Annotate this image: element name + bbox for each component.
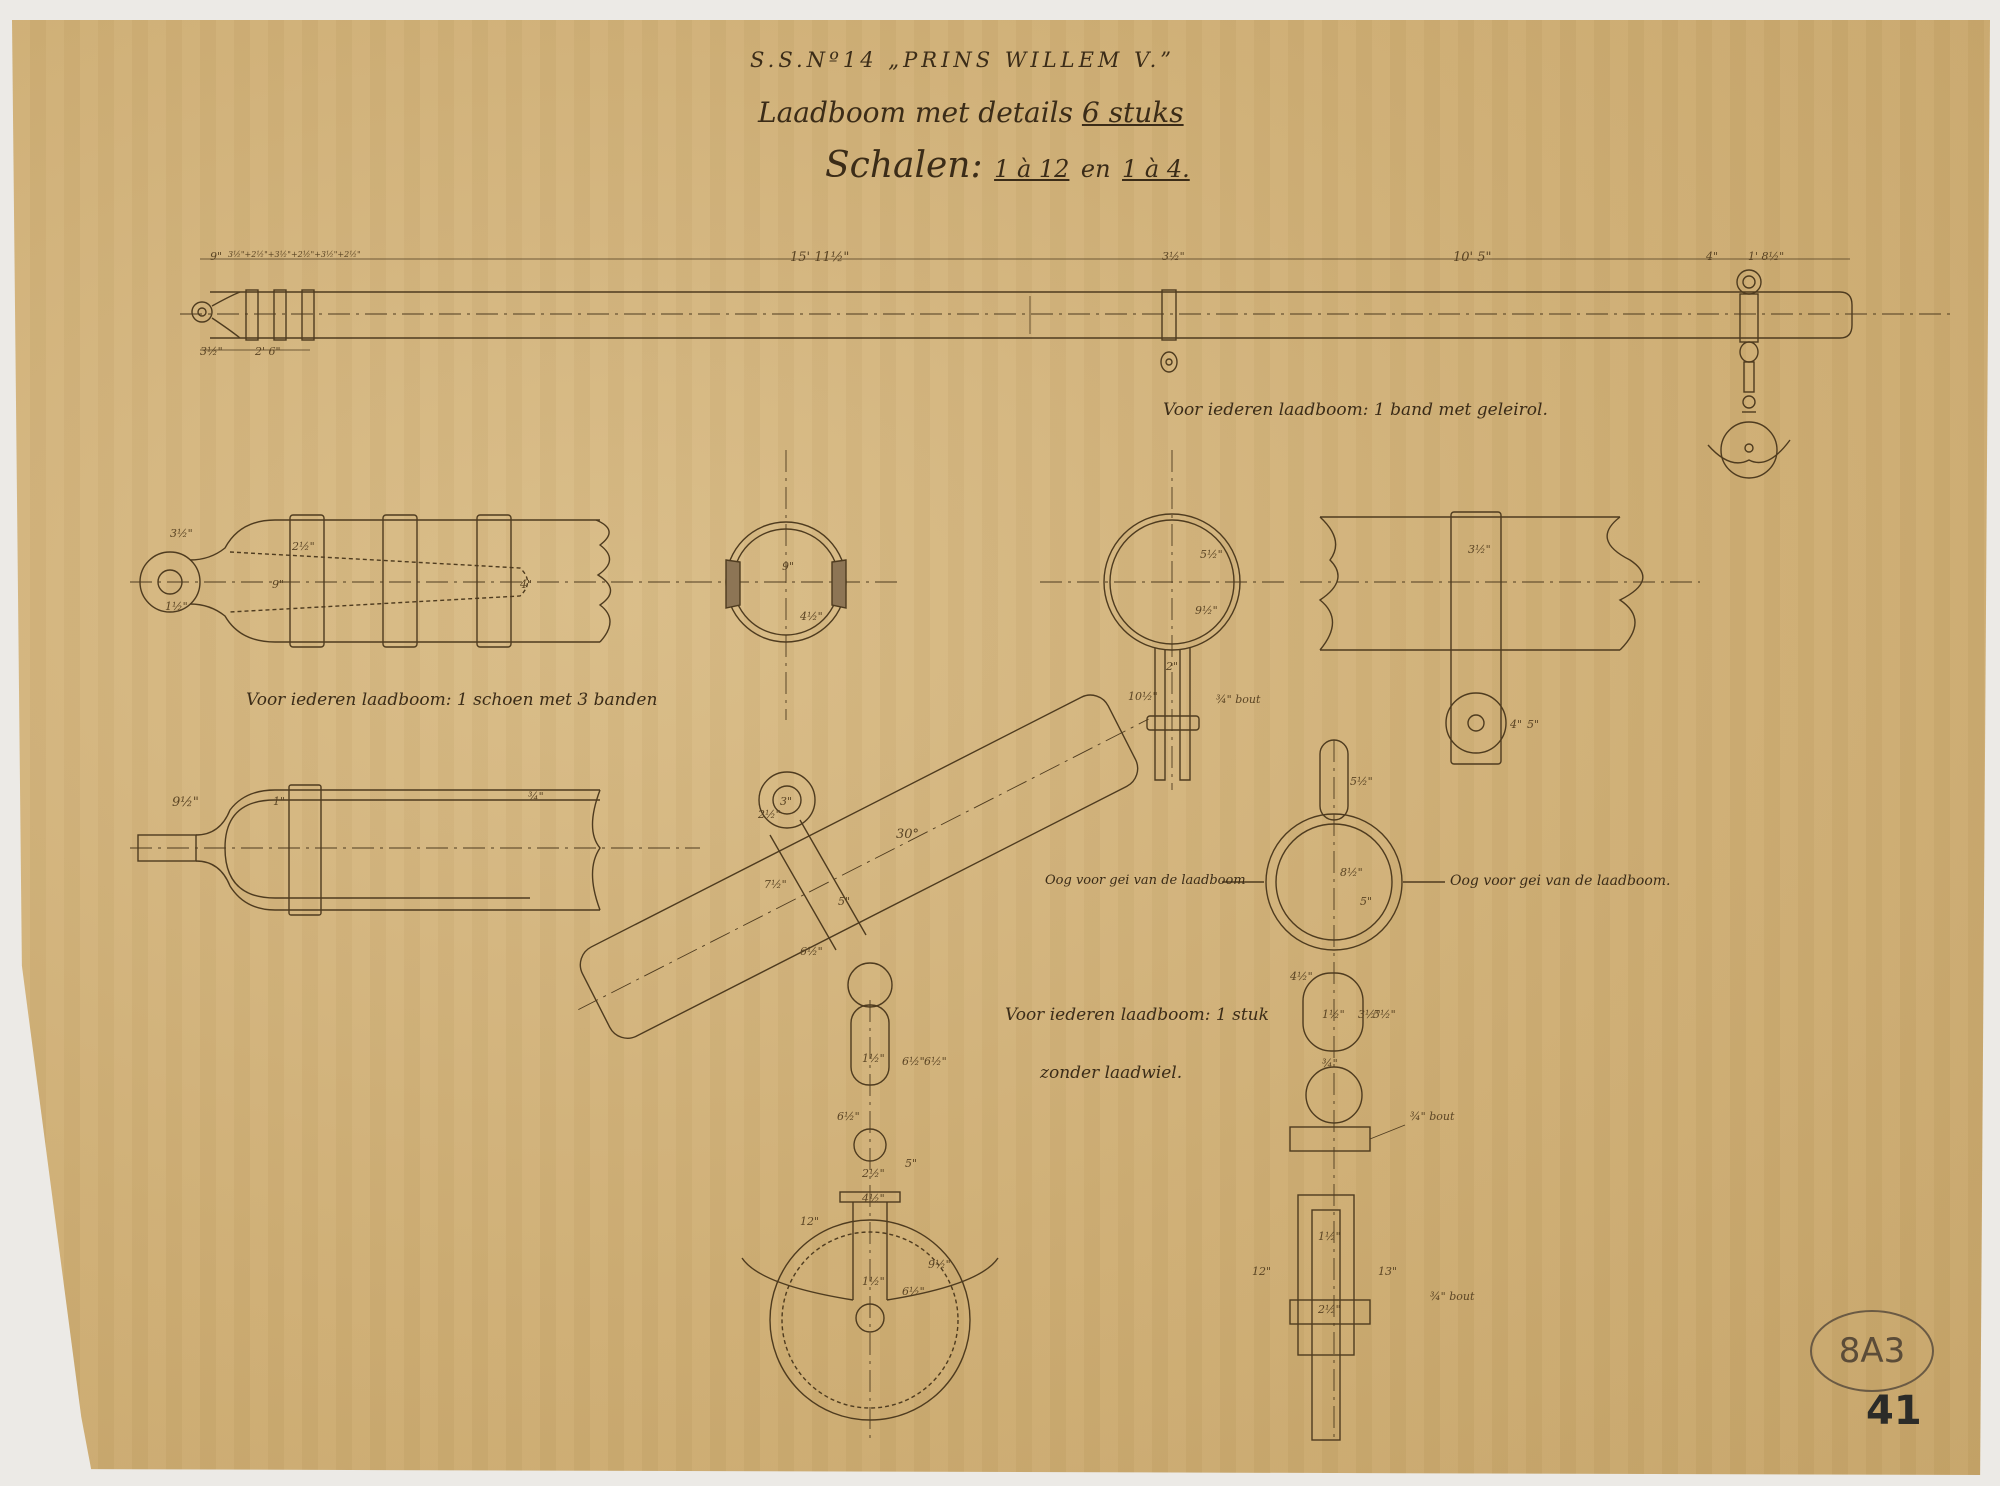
eye-dim-3: 4½" (1290, 970, 1313, 983)
incl-dim-2: 7½" (764, 878, 787, 891)
hook-dim-2: 6½" (924, 1055, 947, 1068)
shoe-detail (130, 515, 700, 647)
band-side (1300, 512, 1700, 764)
technical-drawing (0, 0, 2000, 1486)
ship-title: S.S.Nº14 „PRINS WILLEM V.” (750, 48, 1175, 72)
incl-dim-0: 3" (780, 795, 792, 808)
inclined-detail (556, 675, 1172, 1055)
eye-dim-10: 13" (1378, 1265, 1397, 1278)
hook-note-1: Voor iederen laadboom: 1 stuk (1005, 1005, 1269, 1025)
eye-dim-6: 5½" (1373, 1008, 1396, 1021)
hook-pulley (742, 1000, 998, 1440)
scale-2: 1 à 4. (1122, 155, 1190, 183)
bolt-label-eye-2: ¾" bout (1430, 1290, 1474, 1303)
shoe-dim-3: 4" (520, 578, 532, 591)
hook-dim-4: 5" (905, 1157, 917, 1170)
band-side-dim-2: 5" (1527, 718, 1539, 731)
hook-dim-10: 6½" (902, 1285, 925, 1298)
fork-dim-0: 9½" (172, 795, 199, 810)
band-front-dim-3: 10½" (1128, 690, 1158, 703)
incl-dim-5: 6½" (800, 945, 823, 958)
hook-dim-6: 4½" (862, 1192, 885, 1205)
band-front-dim-2: 2" (1166, 660, 1178, 673)
eye-pulley (1222, 740, 1445, 1440)
shoe-dim-4: 1½" (165, 600, 188, 613)
eye-dim-12: 2½" (1318, 1303, 1341, 1316)
bolt-label-eye-1: ¾" bout (1410, 1110, 1454, 1123)
dim-boom-4: 4" (1706, 250, 1718, 263)
scale-label: Schalen: (825, 145, 983, 186)
incl-dim-4: 5" (838, 895, 850, 908)
eye-dim-0: 5½" (1350, 775, 1373, 788)
dim-boom-1-8: 1' 8½" (1748, 250, 1784, 263)
hook-dim-3: 6½" (837, 1110, 860, 1123)
eye-label-left: Oog voor gei van de laadboom (1045, 873, 1246, 888)
hook-dim-8: 9½" (928, 1258, 951, 1271)
eye-dim-9: 12" (1252, 1265, 1271, 1278)
hook-dim-9: 1½" (862, 1275, 885, 1288)
dim-boom-9: 9" (210, 250, 222, 263)
band-side-dim-0: 3½" (1468, 543, 1491, 556)
hook-dim-5: 2½" (862, 1167, 885, 1180)
dim-boom-bands: 3½"+2½"+3½"+2½"+3½"+2½" (228, 250, 361, 259)
drawing-subject: Laadboom met details 6 stuks (758, 96, 1184, 129)
fork-dim-2: ¾" (528, 790, 544, 803)
scale-line: Schalen: 1 à 12 en 1 à 4. (825, 145, 1190, 186)
band-front-dim-1: 9½" (1195, 604, 1218, 617)
shoe-dim-2: 9" (272, 578, 284, 591)
eye-dim-2: 5" (1360, 895, 1372, 908)
section-circle (690, 450, 900, 720)
hook-dim-7: 12" (800, 1215, 819, 1228)
band-front-dim-0: 5½" (1200, 548, 1223, 561)
section-dim-0: 9" (782, 560, 794, 573)
archive-code-stamp: 8A3 (1810, 1310, 1934, 1392)
incl-dim-1: 2½" (758, 808, 781, 821)
incl-dim-angle: 30° (896, 827, 919, 842)
quantity-text: 6 stuks (1082, 96, 1184, 129)
band-note: Voor iederen laadboom: 1 band met geleir… (1163, 400, 1548, 420)
shoe-dim-1: 2½" (292, 540, 315, 553)
band-front (1040, 450, 1290, 790)
dim-boom-band-width: 3½" (1162, 250, 1185, 263)
scale-1: 1 à 12 (994, 155, 1069, 183)
section-dim-1: 4½" (800, 610, 823, 623)
subject-text: Laadboom met details (758, 96, 1073, 129)
dim-boom-low-2: 2' 6" (255, 345, 281, 358)
sheet-number: 41 (1866, 1388, 1922, 1434)
dim-boom-10-5: 10' 5" (1453, 250, 1492, 265)
band-side-dim-1: 4" (1510, 718, 1522, 731)
eye-dim-1: 8½" (1340, 866, 1363, 879)
shoe-note: Voor iederen laadboom: 1 schoen met 3 ba… (246, 690, 657, 710)
hook-note-2: zonder laadwiel. (1040, 1063, 1182, 1083)
scale-and: en (1081, 155, 1111, 183)
hook-dim-1: 6½" (902, 1055, 925, 1068)
hook-dim-0: 1½" (862, 1052, 885, 1065)
bolt-label-band: ¾" bout (1216, 693, 1260, 706)
dim-boom-15-11: 15' 11½" (790, 250, 849, 265)
fork-detail (130, 785, 700, 915)
eye-dim-4: 1½" (1322, 1008, 1345, 1021)
boom-elevation (180, 259, 1950, 478)
fork-dim-1: 1" (273, 795, 285, 808)
eye-dim-7: ¾" (1322, 1057, 1338, 1070)
eye-label-right: Oog voor gei van de laadboom. (1450, 873, 1671, 889)
eye-dim-11: 1½" (1318, 1230, 1341, 1243)
shoe-dim-0: 3½" (170, 527, 193, 540)
dim-boom-low-1: 3½" (200, 345, 223, 358)
